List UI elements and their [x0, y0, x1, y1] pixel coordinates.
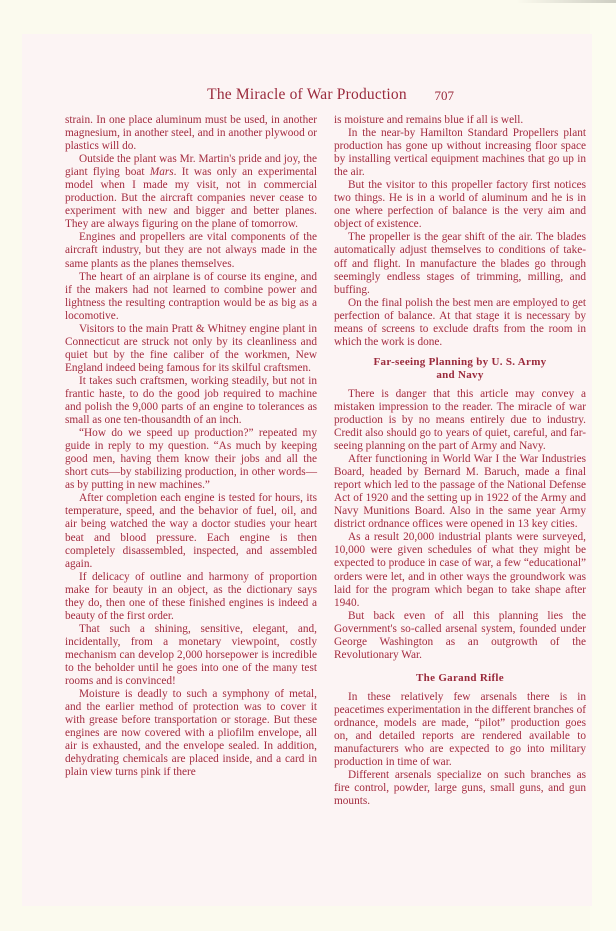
- paragraph: In the near-by Hamilton Standard Propell…: [334, 127, 586, 179]
- italic-mars: Mars: [150, 166, 174, 178]
- paragraph: After completion each engine is tested f…: [65, 492, 317, 570]
- paragraph: As a result 20,000 industrial plants wer…: [334, 531, 586, 609]
- left-column: strain. In one place aluminum must be us…: [65, 114, 317, 779]
- paragraph: That such a shining, sensitive, elegant,…: [65, 623, 317, 688]
- paragraph: Moisture is deadly to such a symphony of…: [65, 688, 317, 779]
- running-title: The Miracle of War Production: [22, 86, 592, 104]
- paragraph: There is danger that this article may co…: [334, 388, 586, 453]
- section-heading: Far-seeing Planning by U. S. Armyand Nav…: [334, 356, 586, 382]
- paragraph: The propeller is the gear shift of the a…: [334, 231, 586, 296]
- paragraph: If delicacy of outline and harmony of pr…: [65, 571, 317, 623]
- paragraph: Outside the plant was Mr. Martin's pride…: [65, 153, 317, 231]
- paragraph: Visitors to the main Pratt & Whitney eng…: [65, 323, 317, 375]
- paragraph: On the final polish the best men are emp…: [334, 297, 586, 349]
- right-column: is moisture and remains blue if all is w…: [334, 114, 586, 808]
- page-number: 707: [435, 88, 455, 104]
- paragraph: In these relatively few arsenals there i…: [334, 691, 586, 769]
- paragraph: strain. In one place aluminum must be us…: [65, 114, 317, 153]
- scan-shadow: [516, 0, 616, 3]
- paragraph: But the visitor to this propeller factor…: [334, 179, 586, 231]
- running-head: The Miracle of War Production 707: [22, 86, 592, 106]
- paragraph: Different arsenals specialize on such br…: [334, 769, 586, 808]
- section-heading: The Garand Rifle: [334, 672, 586, 685]
- paragraph: It takes such craftsmen, working steadil…: [65, 375, 317, 427]
- paragraph: Engines and propellers are vital compone…: [65, 231, 317, 270]
- paragraph: is moisture and remains blue if all is w…: [334, 114, 586, 127]
- paragraph: But back even of all this planning lies …: [334, 610, 586, 662]
- paragraph: “How do we speed up production?” repeate…: [65, 427, 317, 492]
- paragraph: After functioning in World War I the War…: [334, 453, 586, 531]
- scan-margin-right: [590, 0, 616, 931]
- paragraph: The heart of an airplane is of course it…: [65, 271, 317, 323]
- book-page: The Miracle of War Production 707 strain…: [22, 34, 592, 906]
